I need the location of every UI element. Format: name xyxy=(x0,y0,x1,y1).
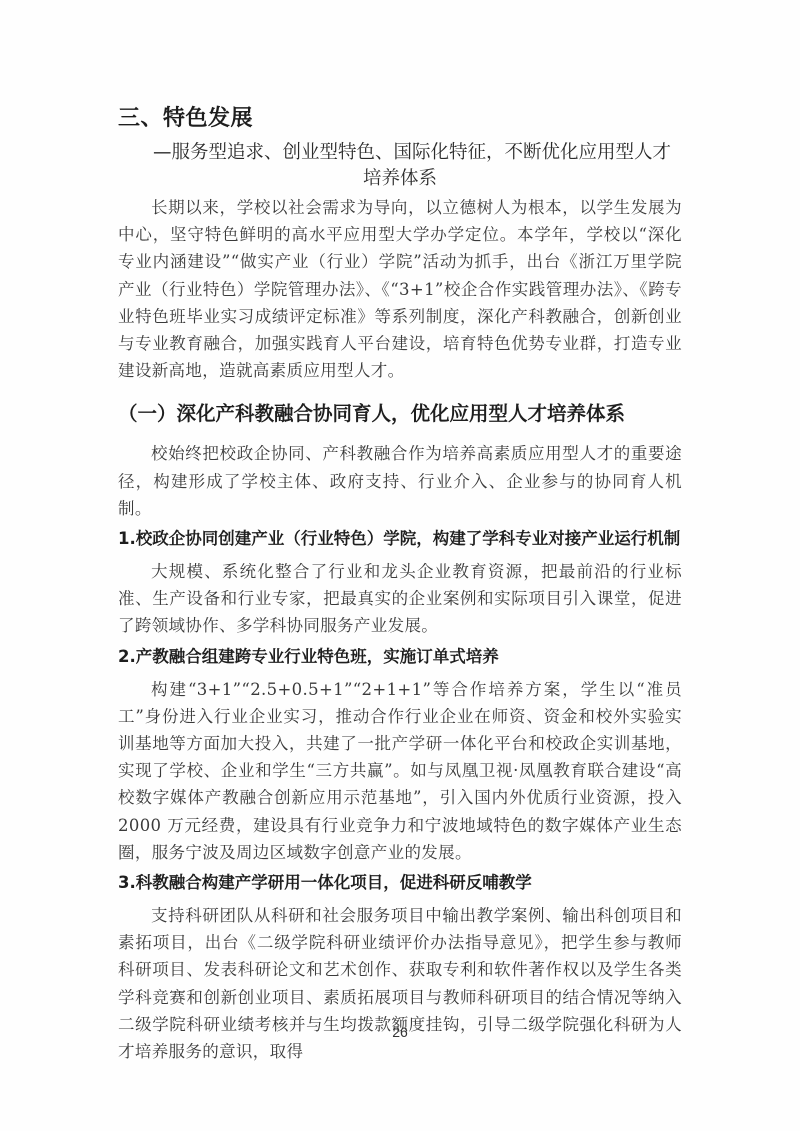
subsection-heading-2: 2.产教融合组建跨专业行业特色班，实施订单式培养 xyxy=(118,644,682,670)
section-paragraph: 校始终把校政企协同、产科教融合作为培养高素质应用型人才的重要途径，构建形成了学校… xyxy=(118,440,682,522)
subsection-heading-3: 3.科教融合构建产学研用一体化项目，促进科研反哺教学 xyxy=(118,870,682,896)
chapter-subtitle-line-1: —服务型追求、创业型特色、国际化特征，不断优化应用型人才 xyxy=(118,140,682,166)
document-page: 三、特色发展 —服务型追求、创业型特色、国际化特征，不断优化应用型人才 培养体系… xyxy=(0,0,800,1131)
page-content: 三、特色发展 —服务型追求、创业型特色、国际化特征，不断优化应用型人才 培养体系… xyxy=(118,104,682,1065)
section-heading: （一）深化产科教融合协同育人，优化应用型人才培养体系 xyxy=(118,400,682,428)
subsection-paragraph-2: 构建“3+1”“2.5+0.5+1”“2+1+1”等合作培养方案，学生以“准员工… xyxy=(118,676,682,866)
page-number: 26 xyxy=(0,1024,800,1040)
chapter-heading: 三、特色发展 xyxy=(118,104,682,134)
intro-paragraph: 长期以来，学校以社会需求为导向，以立德树人为根本，以学生发展为中心，坚守特色鲜明… xyxy=(118,194,682,384)
subsection-heading-1: 1.校政企协同创建产业（行业特色）学院，构建了学科专业对接产业运行机制 xyxy=(118,526,682,552)
chapter-subtitle-line-2: 培养体系 xyxy=(118,166,682,192)
subsection-paragraph-1: 大规模、系统化整合了行业和龙头企业教育资源，把最前沿的行业标准、生产设备和行业专… xyxy=(118,558,682,640)
subsection-paragraph-3: 支持科研团队从科研和社会服务项目中输出教学案例、输出科创项目和素拓项目，出台《二… xyxy=(118,902,682,1065)
